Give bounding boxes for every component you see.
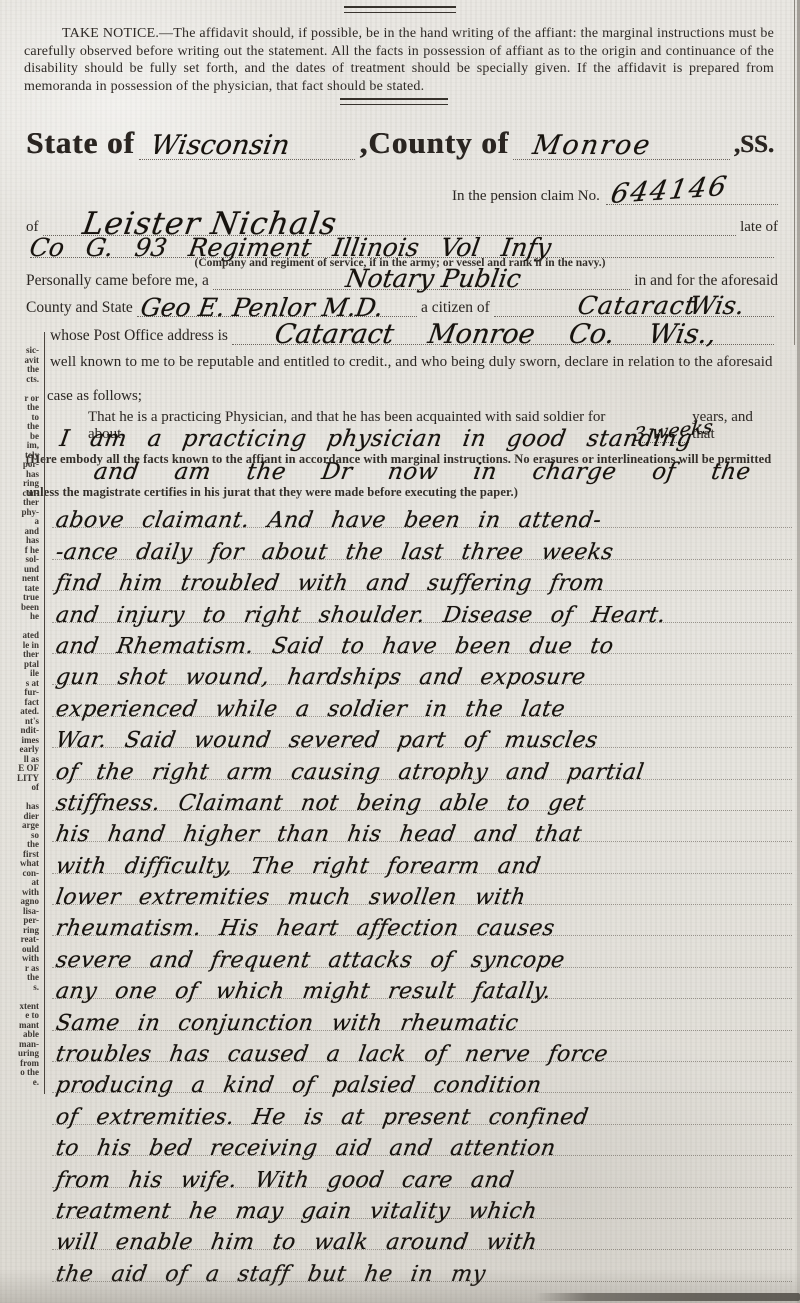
notary-title: Notary Public [344,264,523,293]
scan-bottom-smudge [535,1293,800,1301]
margin-fragment: s. [0,983,44,993]
affidavit-page: TAKE NOTICE.—The affidavit should, if po… [0,0,800,1303]
state-value: Wisconsin [148,130,291,161]
statement-line: gun shot wound, hardships and exposure [52,654,792,685]
margin-fragment: he [0,612,44,622]
county-state-row: County and State Geo E. Penlor M.D. a ci… [26,299,778,317]
statement-line: above claimant. And have been in attend- [52,497,792,528]
statement-line: and Rhematism. Said to have been due to [52,623,792,654]
citizen-place-blank: Cataract Wis. [494,306,774,317]
statement-line: to his bed receiving aid and attention [52,1125,792,1156]
statement-line: War. Said wound severed part of muscles [52,717,792,748]
post-office-blank: Cataract Monroe Co. Wis., [232,334,774,345]
statement-line: find him troubled with and suffering fro… [52,560,792,591]
statement-line: from his wife. With good care and [52,1156,792,1187]
county-of-label: ,County of [359,127,509,160]
post-office-label: whose Post Office address is [50,327,228,345]
statement-line: Same in conjunction with rheumatic [52,999,792,1030]
notary-name: Geo E. Penlor M.D. [138,293,385,322]
handwritten-line-2: and am the Dr now in charge of the [92,459,753,485]
personally-came-row: Personally came before me, a Notary Publ… [26,272,778,290]
statement-line: rheumatism. His heart affection causes [52,905,792,936]
regiment-row: Co G. 93 Regiment Illinois Vol Infy [26,236,778,258]
statement-line: experienced while a soldier in the late [52,685,792,716]
handwritten-line-1: I am a practicing physician in good stan… [58,426,694,452]
statement-line: producing a kind of palsied condition [52,1062,792,1093]
margin-fragment: of [0,783,44,793]
county-blank-line: Monroe [513,149,730,160]
case-as-follows-label: case as follows; [47,388,142,405]
citizen-place: Cataract [576,291,698,320]
notary-title-blank: Notary Public [213,279,630,290]
statement-line: stiffness. Claimant not being able to ge… [52,780,792,811]
county-value: Monroe [531,130,654,161]
statement-line: any one of which might result fatally. [52,968,792,999]
statement-line: of extremities. He is at present confine… [52,1093,792,1124]
margin-fragment: e. [0,1078,44,1088]
statement-line: treatment he may gain vitality which [52,1188,792,1219]
take-notice-text: TAKE NOTICE.—The affidavit should, if po… [24,25,774,95]
handwritten-statement-body: above claimant. And have been in attend-… [52,497,792,1282]
statement-interlines: I am a practicing physician in good stan… [24,428,788,500]
state-blank-line: Wisconsin [139,149,356,160]
personally-pre-label: Personally came before me, a [26,272,209,290]
mid-double-rule [340,98,448,105]
statement-line: and injury to right shoulder. Disease of… [52,591,792,622]
statement-line: troubles has caused a lack of nerve forc… [52,1031,792,1062]
venue-header: State of Wisconsin ,County of Monroe ,SS… [26,127,774,160]
statement-line: will enable him to walk around with [52,1219,792,1250]
citizen-of-label: a citizen of [421,299,490,317]
top-double-rule [344,6,456,13]
statement-line: his hand higher than his head and that [52,811,792,842]
margin-fragment: cts. [0,375,44,385]
state-of-label: State of [26,127,135,160]
county-state-label: County and State [26,299,133,317]
statement-line: lower extremities much swollen with [52,874,792,905]
statement-line: severe and frequent attacks of syncope [52,936,792,967]
credit-line: well known to me to be reputable and ent… [50,354,792,371]
late-of-label: late of [740,219,778,236]
ss-label: ,SS. [734,132,774,160]
citizen-state: Wis. [688,291,747,320]
soldier-name-row: of Leister Nichals late of [26,198,778,236]
marginal-instructions-column: sic-avitthects.r orthetothebeim,telypor-… [0,332,45,1094]
scan-edge-line [794,0,796,345]
personally-post-label: in and for the aforesaid [634,272,778,290]
notary-name-blank: Geo E. Penlor M.D. [137,306,417,317]
statement-line: of the right arm causing atrophy and par… [52,748,792,779]
statement-line: -ance daily for about the last three wee… [52,528,792,559]
post-office-value: Cataract Monroe Co. Wis., [273,319,719,350]
statement-line: with difficulty, The right forearm and [52,842,792,873]
post-office-row: whose Post Office address is Cataract Mo… [50,327,778,345]
